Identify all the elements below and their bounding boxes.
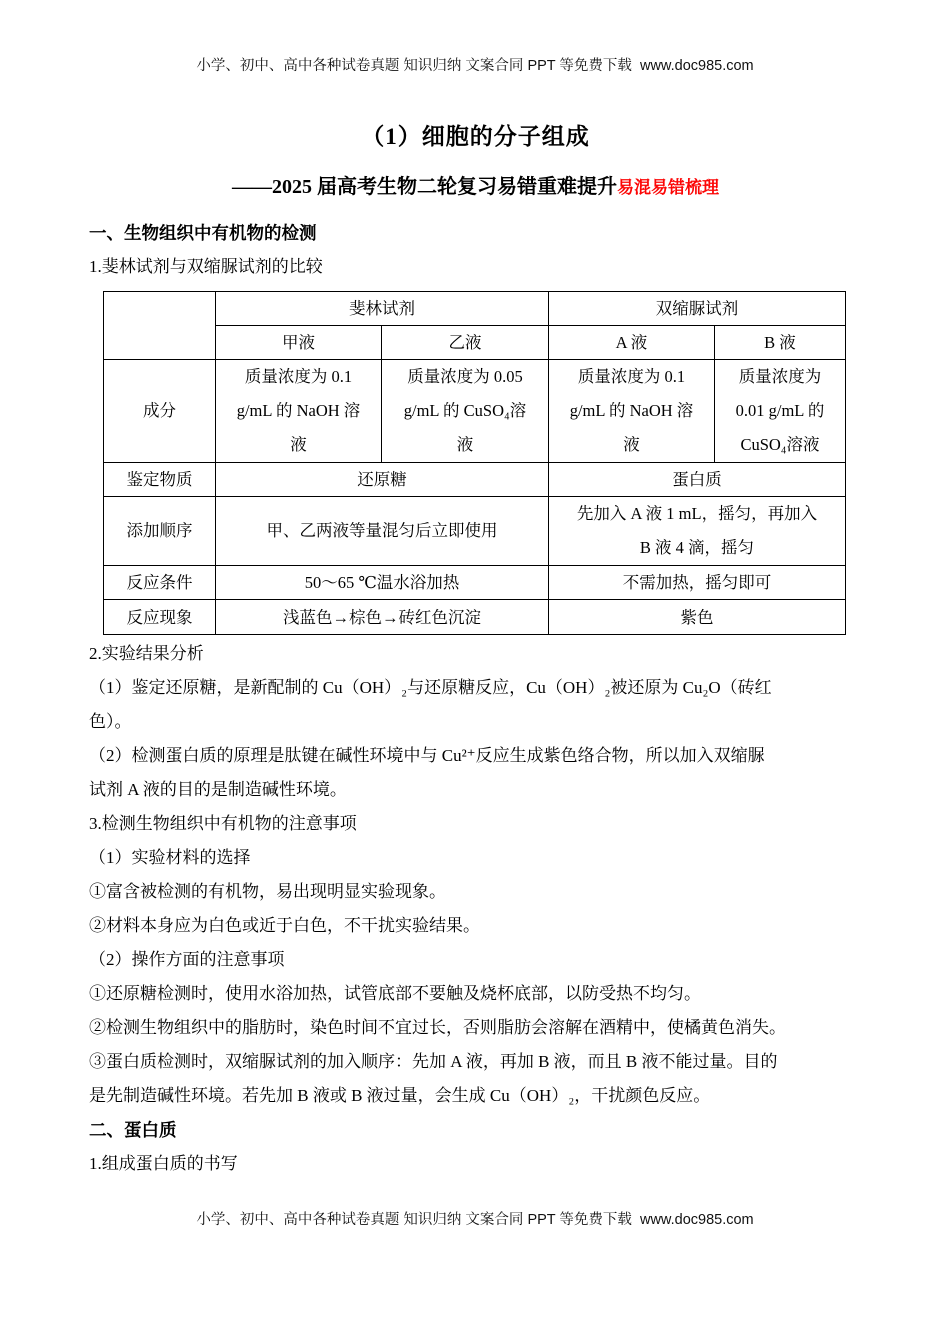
- cell-composition-a: 质量浓度为 0.1 g/mL 的 NaOH 溶 液: [549, 360, 715, 463]
- document-page: 小学、初中、高中各种试卷真题 知识归纳 文案合同 PPT 等免费下载 www.d…: [0, 0, 950, 1344]
- cell-composition-yi: 质量浓度为 0.05 g/mL 的 CuSO₄溶 液: [382, 360, 549, 463]
- row-label-phenomenon: 反应现象: [104, 600, 216, 635]
- table-row: 反应现象 浅蓝色→棕色→砖红色沉淀 紫色: [104, 600, 846, 635]
- notes-sub2-item2: ②检测生物组织中的脂肪时，染色时间不宜过长，否则脂肪会溶解在酒精中，使橘黄色消失…: [89, 1011, 862, 1045]
- analysis-paragraph-2: （2）检测蛋白质的原理是肽键在碱性环境中与 Cu²⁺反应生成紫色络合物，所以加入…: [89, 739, 862, 807]
- section1-intro: 1.斐林试剂与双缩脲试剂的比较: [89, 250, 862, 284]
- cell-order-left: 甲、乙两液等量混匀后立即使用: [216, 497, 549, 566]
- cell-order-right: 先加入 A 液 1 mL，摇匀，再加入 B 液 4 滴，摇匀: [549, 497, 846, 566]
- cell-phenomenon-right: 紫色: [549, 600, 846, 635]
- page-subtitle: ——2025 届高考生物二轮复习易错重难提升易混易错梳理: [89, 173, 862, 203]
- row-label-order: 添加顺序: [104, 497, 216, 566]
- document-body: （1）细胞的分子组成 ——2025 届高考生物二轮复习易错重难提升易混易错梳理 …: [89, 121, 862, 1181]
- table-row: 斐林试剂 双缩脲试剂: [104, 292, 846, 326]
- col-header-yi: 乙液: [382, 326, 549, 360]
- row-label-condition: 反应条件: [104, 566, 216, 600]
- cell-composition-b: 质量浓度为 0.01 g/mL 的 CuSO₄溶液: [715, 360, 846, 463]
- section2-item1: 1.组成蛋白质的书写: [89, 1147, 862, 1181]
- cell-composition-jia: 质量浓度为 0.1 g/mL 的 NaOH 溶 液: [216, 360, 382, 463]
- table-row: 添加顺序 甲、乙两液等量混匀后立即使用 先加入 A 液 1 mL，摇匀，再加入 …: [104, 497, 846, 566]
- notes-sub1-item1: ①富含被检测的有机物，易出现明显实验现象。: [89, 875, 862, 909]
- notes-sub2-item1: ①还原糖检测时，使用水浴加热，试管底部不要触及烧杯底部，以防受热不均匀。: [89, 977, 862, 1011]
- analysis-paragraph-1: （1）鉴定还原糖，是新配制的 Cu（OH）₂与还原糖反应，Cu（OH）₂被还原为…: [89, 671, 862, 739]
- cell-condition-right: 不需加热，摇匀即可: [549, 566, 846, 600]
- col-header-b: B 液: [715, 326, 846, 360]
- subtitle-red-tag: 易混易错梳理: [617, 178, 719, 197]
- page-title: （1）细胞的分子组成: [89, 121, 862, 153]
- comparison-table: 斐林试剂 双缩脲试剂 甲液 乙液 A 液 B 液 成分 质量浓度为 0.1 g/…: [103, 291, 846, 635]
- col-header-a: A 液: [549, 326, 715, 360]
- table-row: 反应条件 50～65 ℃温水浴加热 不需加热，摇匀即可: [104, 566, 846, 600]
- notes-sub1-heading: （1）实验材料的选择: [89, 841, 862, 875]
- group-header-feiling: 斐林试剂: [216, 292, 549, 326]
- notes-sub2-item3: ③蛋白质检测时，双缩脲试剂的加入顺序：先加 A 液，再加 B 液，而且 B 液不…: [89, 1045, 862, 1113]
- subtitle-text: ——2025 届高考生物二轮复习易错重难提升: [232, 176, 617, 198]
- table-row: 甲液 乙液 A 液 B 液: [104, 326, 846, 360]
- table-row: 鉴定物质 还原糖 蛋白质: [104, 463, 846, 497]
- cell-target-right: 蛋白质: [549, 463, 846, 497]
- page-header: 小学、初中、高中各种试卷真题 知识归纳 文案合同 PPT 等免费下载 www.d…: [0, 54, 950, 75]
- page-footer: 小学、初中、高中各种试卷真题 知识归纳 文案合同 PPT 等免费下载 www.d…: [0, 1208, 950, 1229]
- group-header-biuret: 双缩脲试剂: [549, 292, 846, 326]
- notes-heading: 3.检测生物组织中有机物的注意事项: [89, 807, 862, 841]
- section2-heading: 二、蛋白质: [89, 1113, 862, 1147]
- notes-sub2-heading: （2）操作方面的注意事项: [89, 943, 862, 977]
- row-label-target: 鉴定物质: [104, 463, 216, 497]
- table-row: 成分 质量浓度为 0.1 g/mL 的 NaOH 溶 液 质量浓度为 0.05 …: [104, 360, 846, 463]
- notes-sub1-item2: ②材料本身应为白色或近于白色，不干扰实验结果。: [89, 909, 862, 943]
- row-label-composition: 成分: [104, 360, 216, 463]
- cell-phenomenon-left: 浅蓝色→棕色→砖红色沉淀: [216, 600, 549, 635]
- table-corner-cell: [104, 292, 216, 360]
- cell-target-left: 还原糖: [216, 463, 549, 497]
- col-header-jia: 甲液: [216, 326, 382, 360]
- section1-heading: 一、生物组织中有机物的检测: [89, 216, 862, 250]
- analysis-heading: 2.实验结果分析: [89, 637, 862, 671]
- cell-condition-left: 50～65 ℃温水浴加热: [216, 566, 549, 600]
